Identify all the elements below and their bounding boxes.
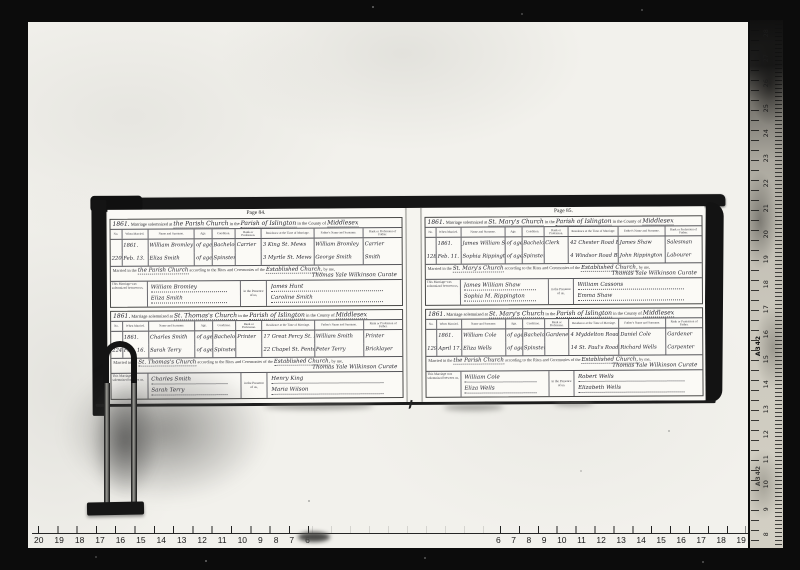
- repeat-item: Age.: [506, 319, 523, 328]
- signatures-section: This Marriage was solemnized between us,…: [426, 369, 702, 397]
- repeat-item: 13: [763, 402, 770, 416]
- repeat-item: Rank or Profession of Father.: [666, 318, 702, 327]
- repeat-item: 21: [763, 202, 770, 216]
- condition-cell: Spinster: [522, 250, 544, 263]
- clamp-base: [87, 501, 144, 515]
- repeat-item: 19: [736, 535, 745, 545]
- residence-cell: 17 Great Percy St. Pentonville: [262, 331, 314, 344]
- repeat-item: 14: [763, 377, 770, 391]
- repeat-item: 24: [763, 127, 770, 141]
- repeat-item: 7: [511, 535, 516, 545]
- clamp-shadow: [90, 380, 160, 500]
- side-ruler-tape: 2827262524232221201918171615141312111098…: [750, 20, 783, 548]
- condition-cell: Bachelor: [213, 331, 236, 344]
- repeat-item: 10: [238, 535, 247, 545]
- presence-label: in the Presence of us,: [549, 279, 573, 304]
- married-in-line: Married in the the Parish Church accordi…: [426, 354, 702, 371]
- married-in-line: Married in the the Parish Church accordi…: [111, 264, 402, 281]
- repeat-item: 9: [763, 502, 770, 516]
- groom-signature: William Cole: [464, 375, 536, 383]
- repeat-item: Rank or Profession.: [544, 227, 569, 236]
- father-cell: Peter Terry: [315, 343, 365, 356]
- repeat-item: 15: [136, 535, 145, 545]
- page-number: Page 85.: [422, 206, 704, 216]
- condition-cell: Bachelor: [523, 329, 545, 342]
- repeat-item: Rank or Profession of Father.: [364, 228, 402, 237]
- age-cell: of age: [506, 342, 523, 355]
- book-clamp-arch: [103, 341, 137, 385]
- printed-label: by me,: [639, 357, 650, 362]
- year-text: 1861.: [112, 221, 129, 228]
- repeat-item: Residence at the Time of Marriage.: [570, 319, 620, 328]
- witness-signatures: Henry King Maria Wilson: [267, 372, 402, 398]
- book-right-edge: [704, 202, 724, 402]
- repeat-item: 12: [596, 535, 605, 545]
- repeat-item: 13: [177, 535, 186, 545]
- repeat-item: 23: [763, 152, 770, 166]
- microfilm-frame: Page 84. 1861. Marriage solemnized at th…: [0, 0, 800, 570]
- name-cell: Sophia Rippington: [462, 251, 506, 264]
- residence-cell: 42 Chester Road Barnsbury: [569, 237, 619, 250]
- officiant-signature: Thomas Yale Wilkinson Curate: [312, 272, 397, 279]
- church-name: the Parish Church: [173, 220, 228, 228]
- father-rank-cell: Labourer: [666, 249, 702, 262]
- rank-cell: Printer: [236, 331, 262, 344]
- repeat-item: Rank or Profession.: [545, 319, 570, 328]
- repeat-item: Father's Name and Surname.: [314, 228, 364, 237]
- residence-cell: 3 Myrtle St. Mews: [262, 252, 314, 265]
- repeat-item: Rank or Profession.: [236, 229, 262, 238]
- rank-cell: Carrier: [236, 239, 262, 252]
- residence-cell: 4 Windsor Road Barnsbury: [569, 250, 619, 263]
- repeat-item: Father's Name and Surname.: [619, 319, 666, 328]
- repeat-item: 17: [95, 535, 104, 545]
- printed-label: Married in the: [113, 268, 137, 273]
- date-cell: April 17.: [437, 343, 462, 356]
- date-cell: 1861.: [437, 330, 462, 343]
- book-spine: [404, 208, 423, 402]
- repeat-item: 17: [763, 302, 770, 316]
- married-church: the Parish Church: [453, 358, 504, 365]
- no-cell: 129: [426, 343, 437, 356]
- witness-signatures: Robert Wells Elizabeth Wells: [574, 370, 703, 396]
- no-cell: [426, 238, 437, 251]
- witness-signature: Robert Wells: [578, 374, 684, 382]
- witness-signatures: William Cassons Emma Shaw: [573, 278, 702, 304]
- rank-cell: [545, 342, 570, 355]
- rank-cell: [236, 252, 262, 265]
- marriage-block: 1861. Marriage solemnized at the Parish …: [109, 217, 403, 308]
- witness-signature: Caroline Smith: [271, 294, 383, 302]
- presence-label: in the Presence of us,: [241, 281, 267, 306]
- printed-label: Married in the: [428, 358, 452, 363]
- repeat-item: 10: [763, 477, 770, 491]
- repeat-item: 13: [616, 535, 625, 545]
- printed-label: in the: [238, 313, 248, 318]
- father-rank-cell: Carrier: [364, 238, 402, 251]
- name-cell: Eliza Wells: [462, 343, 506, 356]
- condition-cell: Bachelor: [522, 237, 544, 250]
- officiant-signature: Thomas Yale Wilkinson Curate: [312, 364, 397, 371]
- tape-label: A342: [755, 465, 762, 486]
- father-cell: William Smith: [315, 330, 365, 343]
- couple-signatures: William Bromley Eliza Smith: [148, 281, 242, 307]
- date-cell: 1861.: [122, 240, 148, 253]
- father-cell: Richard Wells: [619, 342, 666, 355]
- repeat-item: 18: [763, 277, 770, 291]
- repeat-item: 26: [763, 76, 770, 90]
- repeat-item: 16: [116, 535, 125, 545]
- bottom-ruler-ticks-faint: [312, 526, 500, 533]
- repeat-item: 8: [763, 528, 770, 542]
- parish-name: Parish of Islington: [249, 312, 305, 320]
- repeat-item: Condition.: [213, 321, 236, 330]
- block-header: 1861. Marriage solemnized at St. Mary's …: [426, 308, 702, 319]
- year-text: 1861.: [427, 219, 444, 226]
- residence-cell: 14 St. Paul's Road: [570, 342, 620, 355]
- repeat-item: 16: [763, 327, 770, 341]
- printed-label: by me,: [639, 265, 650, 270]
- repeat-item: Father's Name and Surname.: [315, 320, 365, 329]
- witness-signature: Maria Wilson: [271, 386, 383, 394]
- printed-label: Marriage solemnized at: [131, 222, 172, 227]
- officiant-signature: Thomas Yale Wilkinson Curate: [612, 362, 697, 369]
- bottom-ruler-numbers-left: 20191817161514131211109876: [34, 535, 310, 545]
- repeat-item: Residence at the Time of Marriage.: [262, 229, 314, 238]
- witness-signature: James Hunt: [271, 284, 383, 292]
- father-rank-cell: Smith: [364, 251, 402, 264]
- repeat-item: 8: [527, 535, 532, 545]
- repeat-item: Condition.: [523, 319, 545, 328]
- father-rank-cell: Gardener: [666, 328, 702, 341]
- repeat-item: 19: [54, 535, 63, 545]
- age-cell: of age: [195, 252, 213, 265]
- condition-cell: Bachelor: [212, 239, 235, 252]
- no-cell: [111, 240, 123, 253]
- father-rank-cell: Carpenter: [666, 341, 702, 354]
- repeat-item: 11: [577, 535, 586, 545]
- right-page: Page 85. 1861. Marriage solemnized at St…: [422, 206, 705, 402]
- married-church: St. Mary's Church: [453, 266, 504, 273]
- repeat-item: Name and Surname.: [148, 229, 195, 238]
- no-cell: 128: [426, 251, 437, 264]
- clamp-rod: [131, 383, 137, 505]
- repeat-item: 12: [763, 427, 770, 441]
- parish-name: Parish of Islington: [241, 220, 297, 228]
- bride-signature: Sophia M. Rippington: [464, 294, 536, 302]
- name-cell: Eliza Smith: [149, 252, 196, 265]
- couple-signatures: William Cole Eliza Wells: [461, 371, 550, 397]
- groom-signature: William Bromley: [151, 285, 227, 293]
- repeat-item: When Married.: [122, 230, 148, 239]
- repeat-item: 18: [716, 535, 725, 545]
- repeat-item: 9: [542, 535, 547, 545]
- marriage-block: 1861. Marriage solemnized at St. Mary's …: [425, 307, 704, 398]
- repeat-item: Residence at the Time of Marriage.: [569, 227, 619, 236]
- repeat-item: Age.: [195, 321, 213, 330]
- marriage-block: 1861. Marriage solemnized at St. Mary's …: [424, 215, 703, 306]
- age-cell: of age: [195, 239, 213, 252]
- repeat-item: 15: [656, 535, 665, 545]
- repeat-item: 12: [197, 535, 206, 545]
- church-name: St. Mary's Church: [488, 218, 543, 226]
- repeat-item: 20: [763, 227, 770, 241]
- father-rank-cell: Bricklayer: [364, 343, 402, 356]
- printed-label: in the County of: [613, 311, 642, 316]
- couple-signatures: James William Shaw Sophia M. Rippington: [461, 279, 550, 305]
- county-name: Middlesex: [327, 219, 358, 227]
- repeat-item: Rank or Profession of Father.: [364, 320, 402, 329]
- repeat-item: No.: [111, 230, 123, 239]
- repeat-item: 10: [557, 535, 566, 545]
- rank-cell: Clerk: [544, 237, 569, 250]
- no-cell: [426, 330, 437, 343]
- name-cell: James William Shaw: [461, 238, 505, 251]
- county-name: Middlesex: [643, 310, 674, 318]
- date-cell: Feb. 13.: [122, 253, 148, 266]
- repeat-item: Name and Surname.: [462, 320, 506, 329]
- residence-cell: 3 King St. Mews: [262, 239, 314, 252]
- repeat-item: When Married.: [437, 228, 462, 237]
- age-cell: of age: [506, 329, 523, 342]
- repeat-item: Father's Name and Surname.: [619, 227, 666, 236]
- name-cell: William Bromley: [148, 239, 195, 252]
- county-name: Middlesex: [642, 218, 673, 226]
- repeat-item: 22: [763, 177, 770, 191]
- tape-label: A342: [755, 335, 762, 356]
- repeat-item: 11: [218, 535, 227, 545]
- father-cell: William Bromley: [314, 238, 364, 251]
- church-name: St. Thomas's Church: [174, 312, 237, 320]
- side-ruler-ticks: [775, 20, 782, 548]
- printed-label: in the: [545, 219, 555, 224]
- repeat-item: Name and Surname.: [149, 321, 196, 330]
- repeat-item: Residence at the Time of Marriage.: [262, 321, 314, 330]
- clamp-rod: [104, 383, 110, 505]
- repeat-item: Rank or Profession.: [236, 321, 262, 330]
- witness-signature: Elizabeth Wells: [578, 385, 684, 393]
- printed-label: in the: [230, 221, 240, 226]
- no-cell: 220: [111, 253, 123, 266]
- parish-name: Parish of Islington: [556, 218, 612, 226]
- parish-name: Parish of Islington: [556, 310, 612, 318]
- repeat-item: 6: [496, 535, 501, 545]
- printed-label: by me,: [331, 359, 342, 364]
- bride-signature: Eliza Wells: [464, 385, 536, 393]
- repeat-item: Rank or Profession of Father.: [666, 226, 702, 235]
- name-cell: Charles Smith: [149, 331, 196, 344]
- rank-cell: Gardener: [545, 329, 570, 342]
- printed-label: according to the Rites and Ceremonies of…: [505, 357, 581, 362]
- ruler-smudge: [298, 532, 330, 542]
- repeat-item: Age.: [195, 229, 213, 238]
- year-text: 1861.: [428, 311, 445, 318]
- repeat-item: When Married.: [437, 320, 462, 329]
- printed-label: according to the Rites and Ceremonies of…: [189, 267, 265, 272]
- married-church: the Parish Church: [138, 267, 189, 274]
- age-cell: of age: [506, 237, 523, 250]
- repeat-item: 19: [763, 252, 770, 266]
- bottom-ruler-line: [32, 533, 748, 534]
- signatures-section: This Marriage was solemnized between us,…: [111, 279, 402, 307]
- block-header: 1861. Marriage solemnized at St. Mary's …: [425, 216, 701, 227]
- age-cell: of age: [506, 250, 523, 263]
- repeat-item: 14: [636, 535, 645, 545]
- married-in-line: Married in the St. Mary's Church accordi…: [426, 262, 702, 279]
- repeat-item: No.: [426, 320, 437, 329]
- witness-signature: William Cassons: [577, 282, 683, 290]
- father-cell: John Rippington: [619, 250, 666, 263]
- officiant-signature: Thomas Yale Wilkinson Curate: [612, 270, 697, 277]
- film-noise: [0, 0, 2, 2]
- printed-label: Married in the: [428, 266, 452, 271]
- father-cell: Daniel Cole: [619, 329, 666, 342]
- repeat-item: 18: [75, 535, 84, 545]
- printed-label: in the County of: [306, 313, 335, 318]
- repeat-item: When Married.: [123, 322, 149, 331]
- printed-label: in the County of: [613, 219, 642, 224]
- printed-label: according to the Rites and Ceremonies of…: [505, 265, 581, 270]
- date-cell: Feb. 11.: [437, 251, 462, 264]
- bottom-ruler-ticks: [38, 526, 310, 533]
- repeat-item: 28: [763, 26, 770, 40]
- year-text: 1861.: [113, 313, 130, 320]
- repeat-item: 20: [34, 535, 43, 545]
- groom-signature: James William Shaw: [464, 283, 536, 291]
- county-name: Middlesex: [336, 311, 367, 319]
- bride-signature: Eliza Smith: [151, 295, 227, 303]
- repeat-item: No.: [426, 228, 437, 237]
- repeat-item: 9: [258, 535, 263, 545]
- repeat-item: 8: [274, 535, 279, 545]
- repeat-item: Age.: [506, 227, 523, 236]
- repeat-item: 25: [763, 101, 770, 115]
- signatures-section: This Marriage was solemnized between us,…: [426, 277, 702, 305]
- repeat-item: Name and Surname.: [461, 228, 505, 237]
- condition-cell: Spinster: [213, 252, 236, 265]
- father-rank-cell: Salesman: [666, 236, 702, 249]
- repeat-item: 11: [763, 452, 770, 466]
- spine-line: [405, 208, 407, 402]
- witness-signature: Emma Shaw: [578, 293, 684, 301]
- repeat-item: 17: [696, 535, 705, 545]
- repeat-item: Condition.: [522, 227, 544, 236]
- printed-label: Marriage solemnized at: [446, 312, 487, 317]
- name-cell: William Cole: [462, 330, 506, 343]
- repeat-item: 7: [289, 535, 294, 545]
- church-name: St. Mary's Church: [489, 310, 544, 318]
- age-cell: of age: [196, 331, 214, 344]
- between-us-label: This Marriage was solemnized between us,: [426, 280, 461, 305]
- repeat-item: 27: [763, 51, 770, 65]
- repeat-item: 15: [763, 352, 770, 366]
- father-cell: James Shaw: [619, 237, 666, 250]
- witness-signatures: James Hunt Caroline Smith: [267, 280, 402, 306]
- between-us-label: This Marriage was solemnized between us,: [111, 282, 148, 307]
- bottom-ruler-ticks: [500, 526, 746, 533]
- repeat-item: 16: [676, 535, 685, 545]
- condition-cell: Spinster: [523, 342, 545, 355]
- printed-label: in the: [545, 311, 555, 316]
- repeat-item: No.: [111, 322, 123, 331]
- presence-label: in the Presence of us,: [550, 371, 574, 396]
- printed-label: Marriage solemnized at: [446, 220, 487, 225]
- repeat-item: Condition.: [212, 229, 235, 238]
- witness-signature: Henry King: [271, 376, 383, 384]
- rank-cell: [544, 250, 569, 263]
- printed-label: by me,: [324, 267, 335, 272]
- residence-cell: 4 Myddelton Road: [570, 329, 620, 342]
- printed-label: Marriage solemnized at: [131, 314, 172, 319]
- between-us-label: This Marriage was solemnized between us,: [426, 372, 461, 397]
- father-cell: George Smith: [314, 251, 364, 264]
- father-rank-cell: Printer: [364, 330, 402, 343]
- bottom-ruler-numbers-right: 678910111213141516171819: [496, 535, 746, 545]
- repeat-item: 14: [157, 535, 166, 545]
- printed-label: in the County of: [297, 221, 326, 226]
- date-cell: 1861.: [437, 238, 462, 251]
